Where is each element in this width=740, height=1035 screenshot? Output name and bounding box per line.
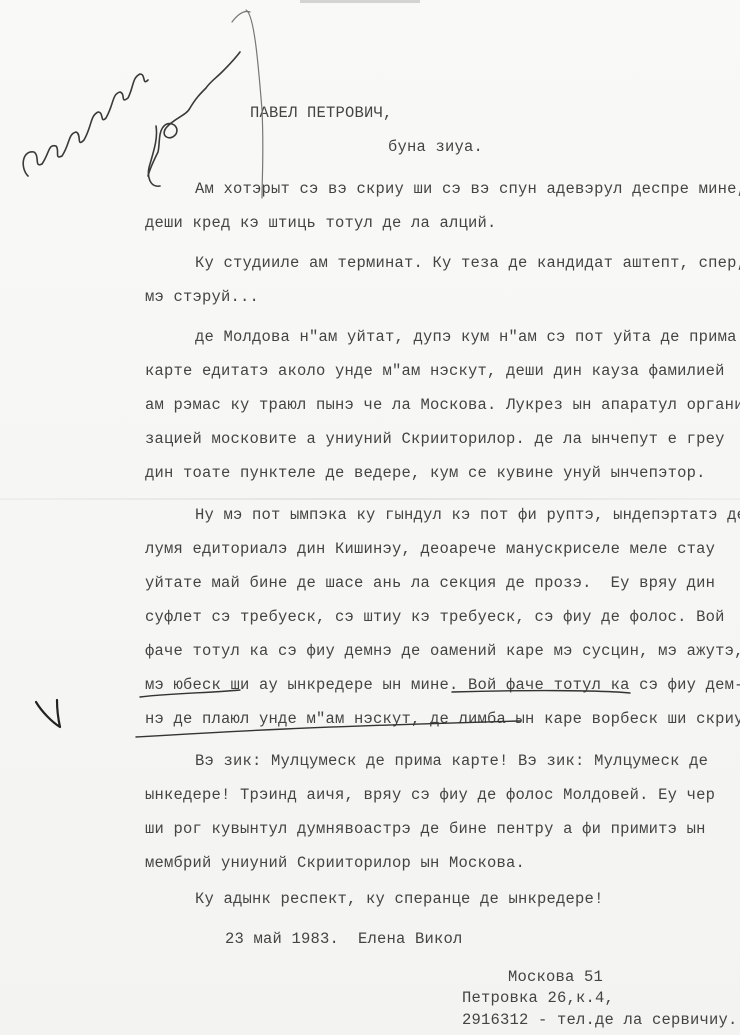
greeting: буна зиуа. [388, 138, 483, 156]
body-line: Ам хотэрыт сэ вэ скриу ши сэ вэ спун аде… [195, 180, 740, 198]
body-line: зацией московите а униуний Скрииторилор.… [145, 430, 725, 448]
address-line: 2916312 - тел.де ла сервичиу. [462, 1011, 738, 1029]
body-line: мэ юбеск ши ау ынкредере ын мине. Вой фа… [145, 676, 740, 694]
body-line: нэ де плаюл унде м"ам нэскут, де лимба ы… [145, 710, 740, 728]
address-line: Москова 51 [508, 968, 603, 986]
check-mark-icon [36, 700, 60, 727]
scan-edge-mark [300, 0, 420, 3]
body-line: ши рог кувынтул думнявоастрэ де бине пен… [145, 820, 706, 838]
closing-line: Ку адынк респект, ку сперанце де ынкреде… [195, 890, 604, 908]
resolution-scribble [148, 52, 240, 176]
margin-note-scribble [23, 74, 148, 176]
body-line: Вэ зик: Мулцумеск де прима карте! Вэ зик… [195, 752, 708, 770]
body-line: фаче тотул ка сэ фиу демнэ де оамений ка… [145, 642, 740, 660]
body-line: лумя едиториалэ дин Кишинэу, деоарече ма… [145, 540, 715, 558]
address-line: Петровка 26,к.4, [462, 989, 614, 1007]
body-line: суфлет сэ требуеск, сэ штиу кэ требуеск,… [145, 608, 725, 626]
body-line: де Молдова н"ам уйтат, дупэ кум н"ам сэ … [195, 328, 737, 346]
body-line: ынкедере! Трэинд аичя, вряу сэ фиу де фо… [145, 786, 715, 804]
body-line: мембрий униуний Скрииторилор ын Москова. [145, 854, 525, 872]
body-line: уйтате май бине де шасе ань ла секция де… [145, 574, 715, 592]
body-line: ам рэмас ку траюл пынэ че ла Москова. Лу… [145, 396, 740, 414]
body-line: Ну мэ пот ымпэка ку гындул кэ пот фи руп… [195, 506, 740, 524]
resolution-stroke [148, 126, 160, 186]
body-line: дин тоате пунктеле де ведере, кум се кув… [145, 464, 706, 482]
body-line: карте едитатэ аколо унде м"ам нэскут, де… [145, 362, 725, 380]
paper-fold-line [0, 498, 740, 500]
body-line: мэ стэруй... [145, 288, 259, 306]
date-signature: 23 май 1983. Елена Викол [225, 930, 463, 948]
pencil-hook [232, 11, 250, 22]
letter-page: ПАВЕЛ ПЕТРОВИЧ, буна зиуа. Ам хотэрыт сэ… [0, 0, 740, 1035]
body-line: Ку студииле ам терминат. Ку теза де канд… [195, 254, 740, 272]
salutation: ПАВЕЛ ПЕТРОВИЧ, [250, 104, 393, 122]
body-line: деши кред кэ штиць тотул де ла алций. [145, 214, 497, 232]
